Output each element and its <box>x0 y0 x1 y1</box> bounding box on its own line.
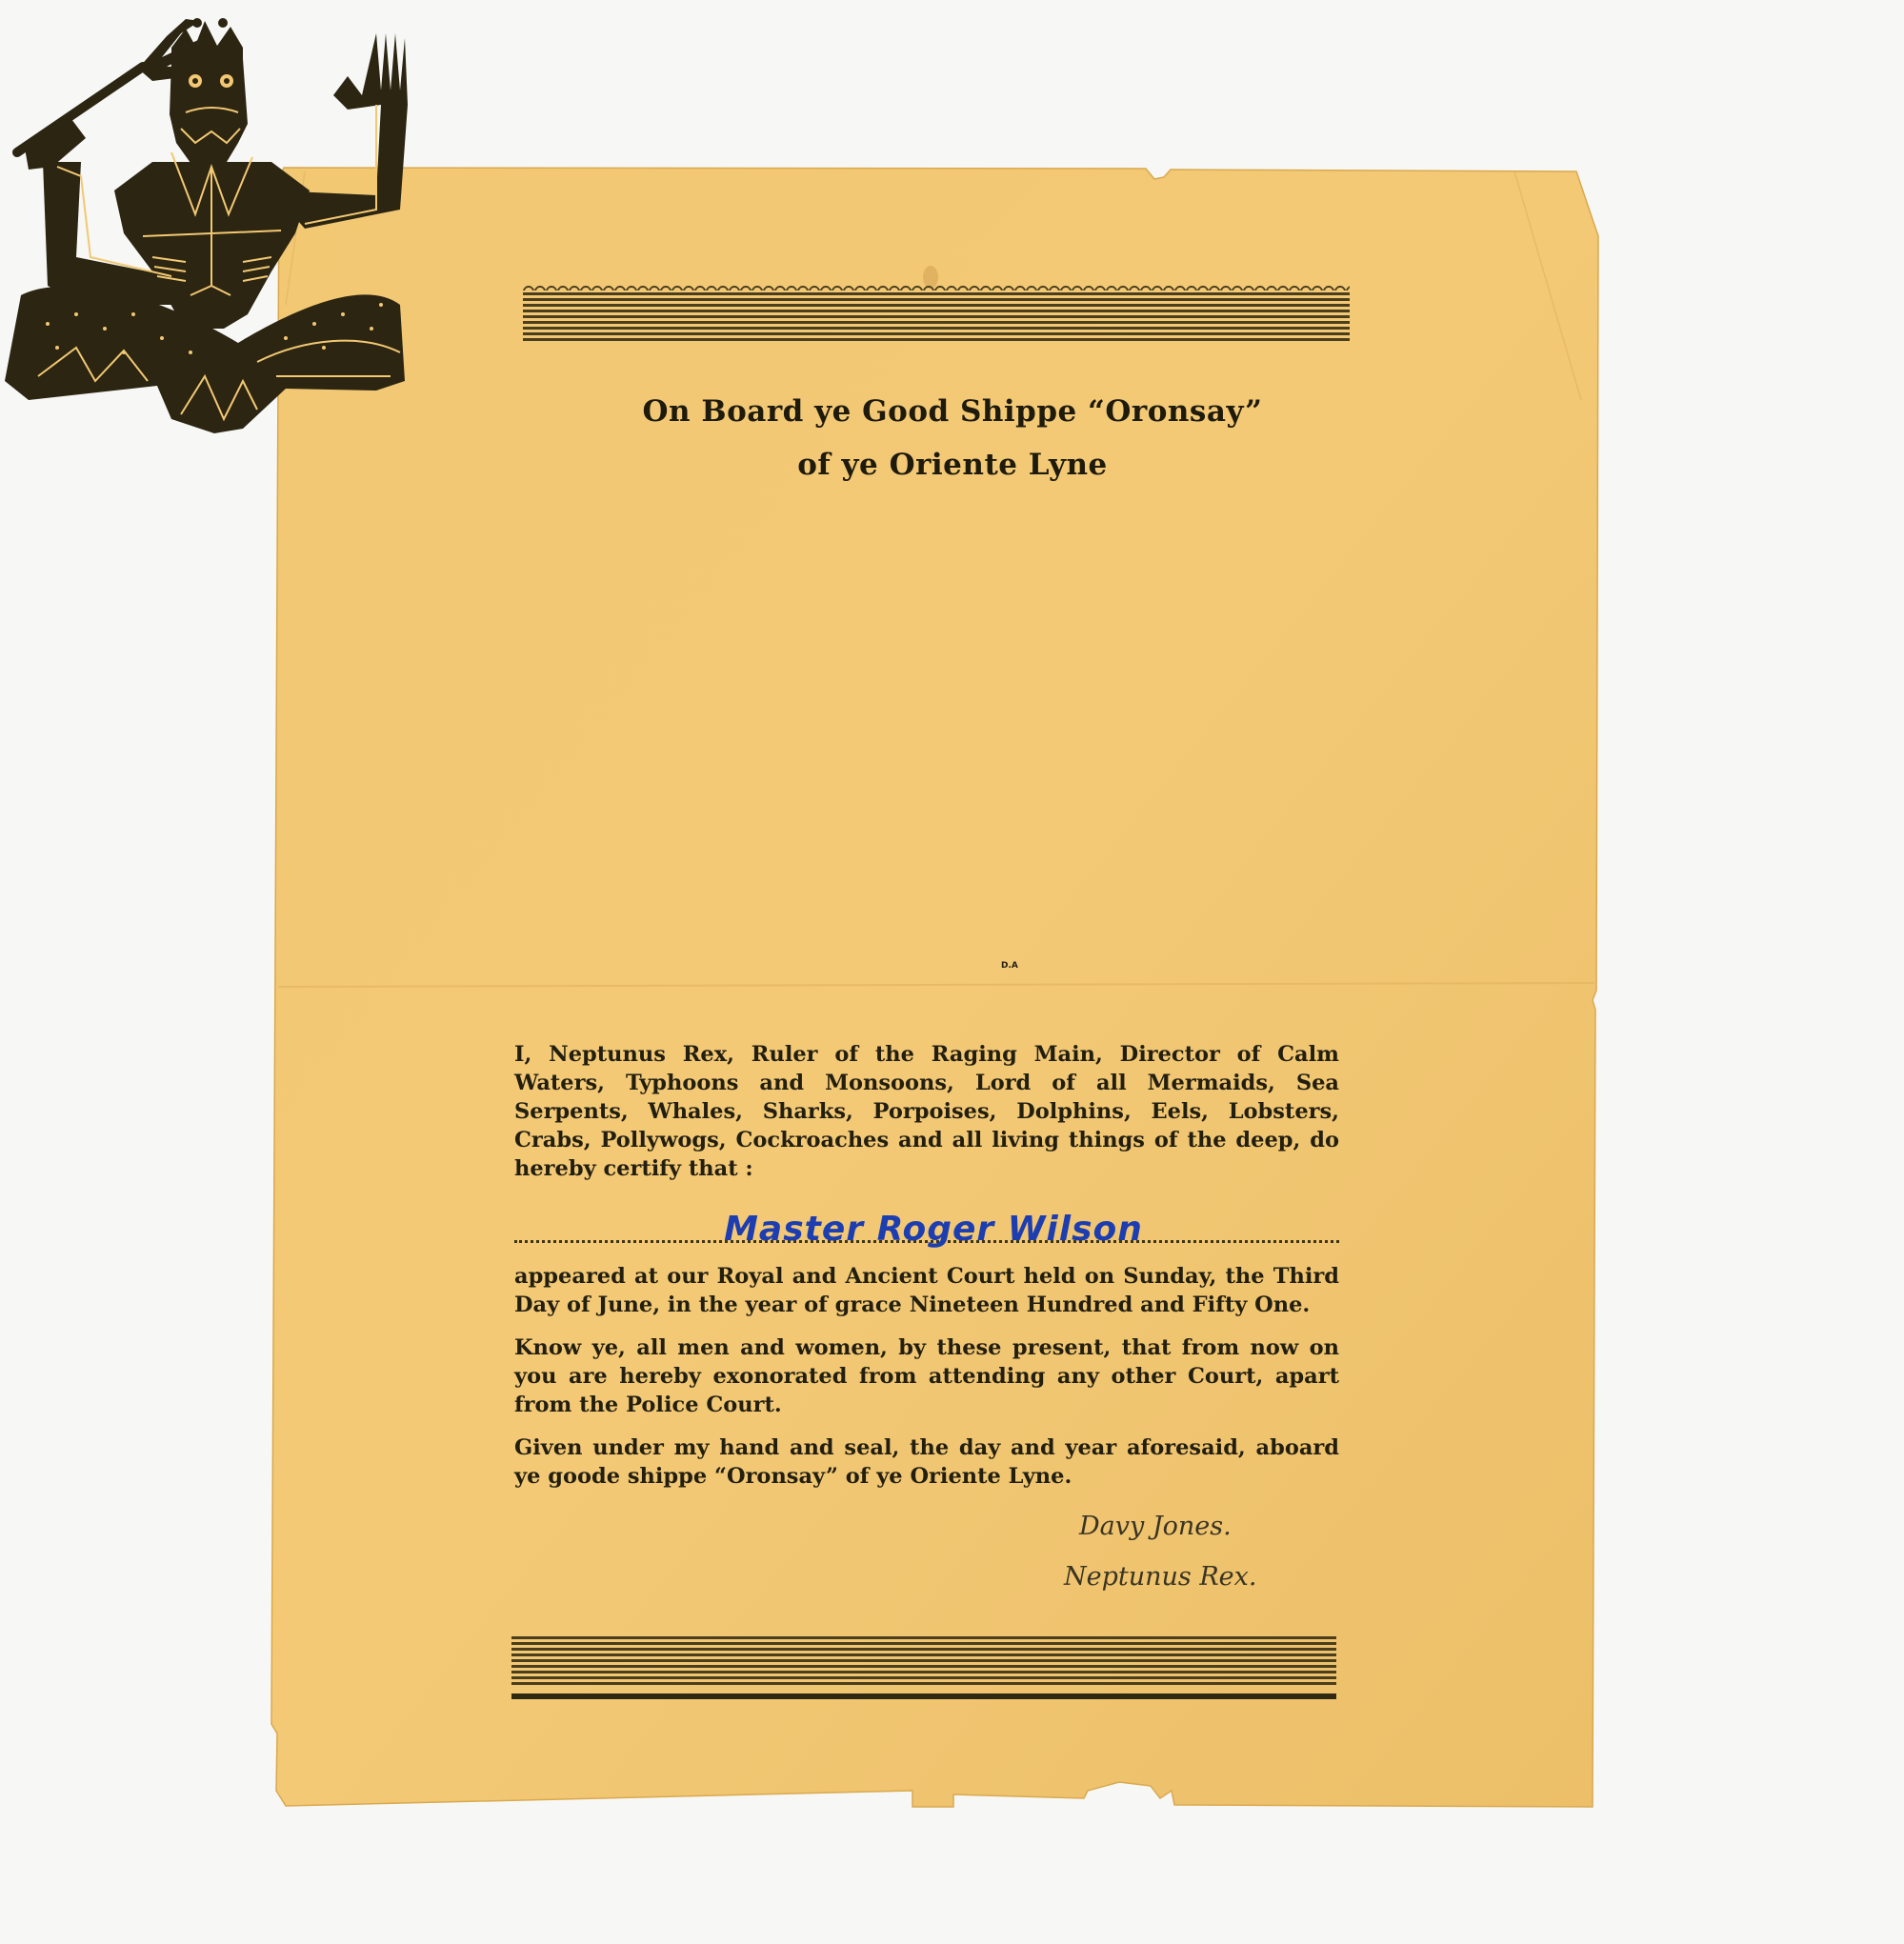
heading-ship: On Board ye Good Shippe “Oronsay” <box>524 394 1381 429</box>
heading-line: of ye Oriente Lyne <box>524 448 1381 482</box>
paragraph-given: Given under my hand and seal, the day an… <box>514 1433 1339 1491</box>
top-decorative-band <box>523 292 1350 344</box>
neptune-illustration <box>0 0 429 476</box>
bottom-rule <box>511 1693 1336 1699</box>
top-border-scallops <box>523 282 1350 291</box>
signature-davy-jones: Davy Jones. <box>1079 1512 1232 1541</box>
paragraph-exoneration: Know ye, all men and women, by these pre… <box>514 1333 1339 1419</box>
bottom-decorative-band <box>511 1636 1336 1688</box>
certificate-paper: On Board ye Good Shippe “Oronsay” of ye … <box>0 0 1904 1944</box>
paragraph-court-date: appeared at our Royal and Ancient Court … <box>514 1262 1339 1319</box>
paragraph-proclamation: I, Neptunus Rex, Ruler of the Raging Mai… <box>514 1040 1339 1183</box>
recipient-name: Master Roger Wilson <box>667 1210 1200 1249</box>
signature-neptunus-rex: Neptunus Rex. <box>1064 1562 1256 1592</box>
artist-mark: D.A <box>1001 961 1018 971</box>
